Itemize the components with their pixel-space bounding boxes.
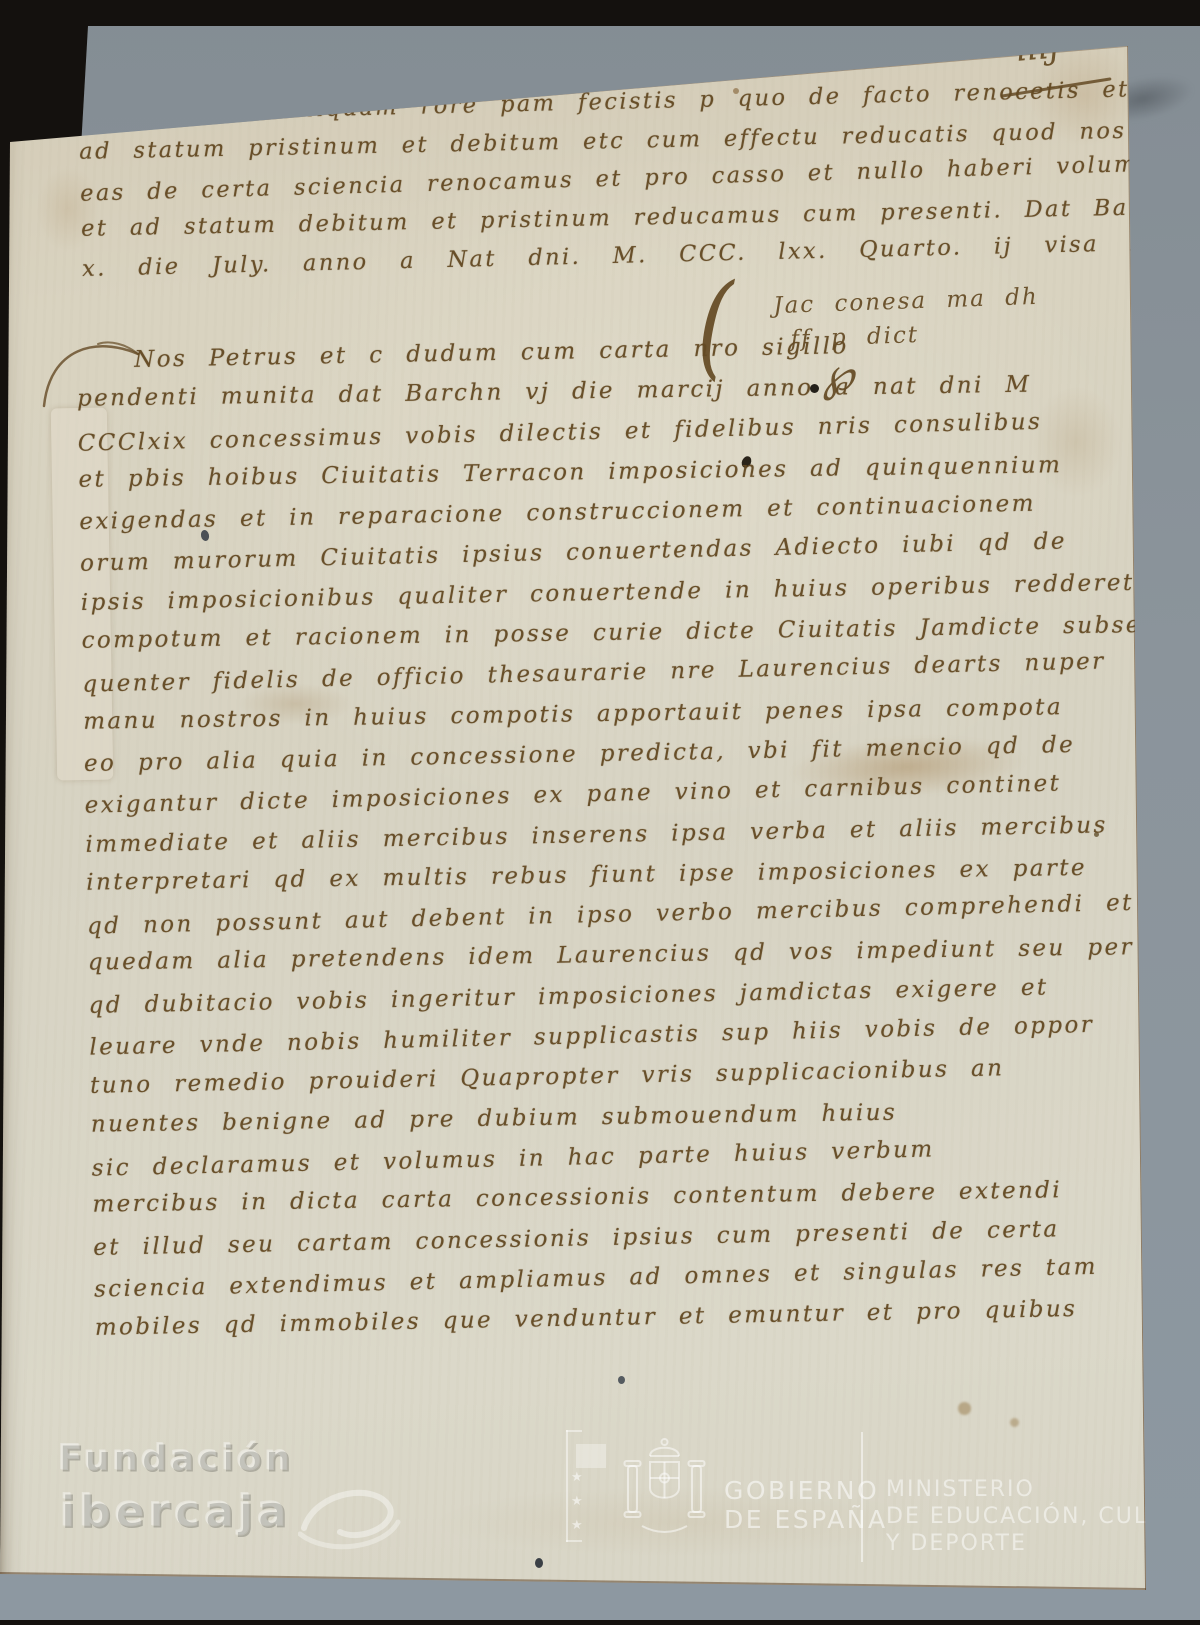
manuscript-scan: iiij pmissore seu aliquam rore pam fecis… bbox=[0, 0, 1200, 1625]
page-edge-shading bbox=[0, 0, 1200, 1625]
parchment-page: iiij pmissore seu aliquam rore pam fecis… bbox=[0, 0, 1200, 1625]
